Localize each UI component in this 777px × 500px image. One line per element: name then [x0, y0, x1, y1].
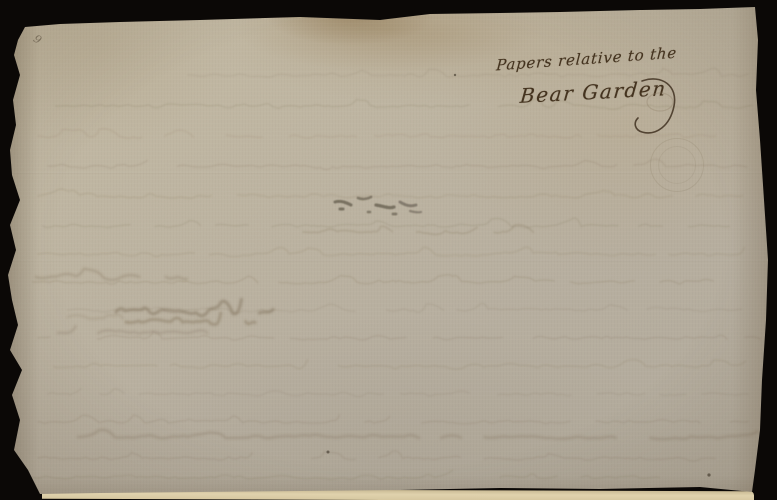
ink-speck — [454, 74, 456, 76]
ink-speck — [327, 451, 330, 454]
annotation-line-2: Bear Garden — [519, 76, 668, 108]
fold-crease — [8, 260, 770, 262]
fold-crease — [8, 172, 770, 174]
annotation-line-1: Papers relative to the — [496, 44, 678, 75]
corner-numeral: 9 — [31, 32, 44, 47]
ink-speck — [707, 473, 710, 476]
embossed-seal-mark — [650, 138, 704, 192]
photo-background: 9 Papers relative to the Bear Garden — [0, 0, 777, 500]
manuscript-page: 9 Papers relative to the Bear Garden — [8, 6, 770, 500]
